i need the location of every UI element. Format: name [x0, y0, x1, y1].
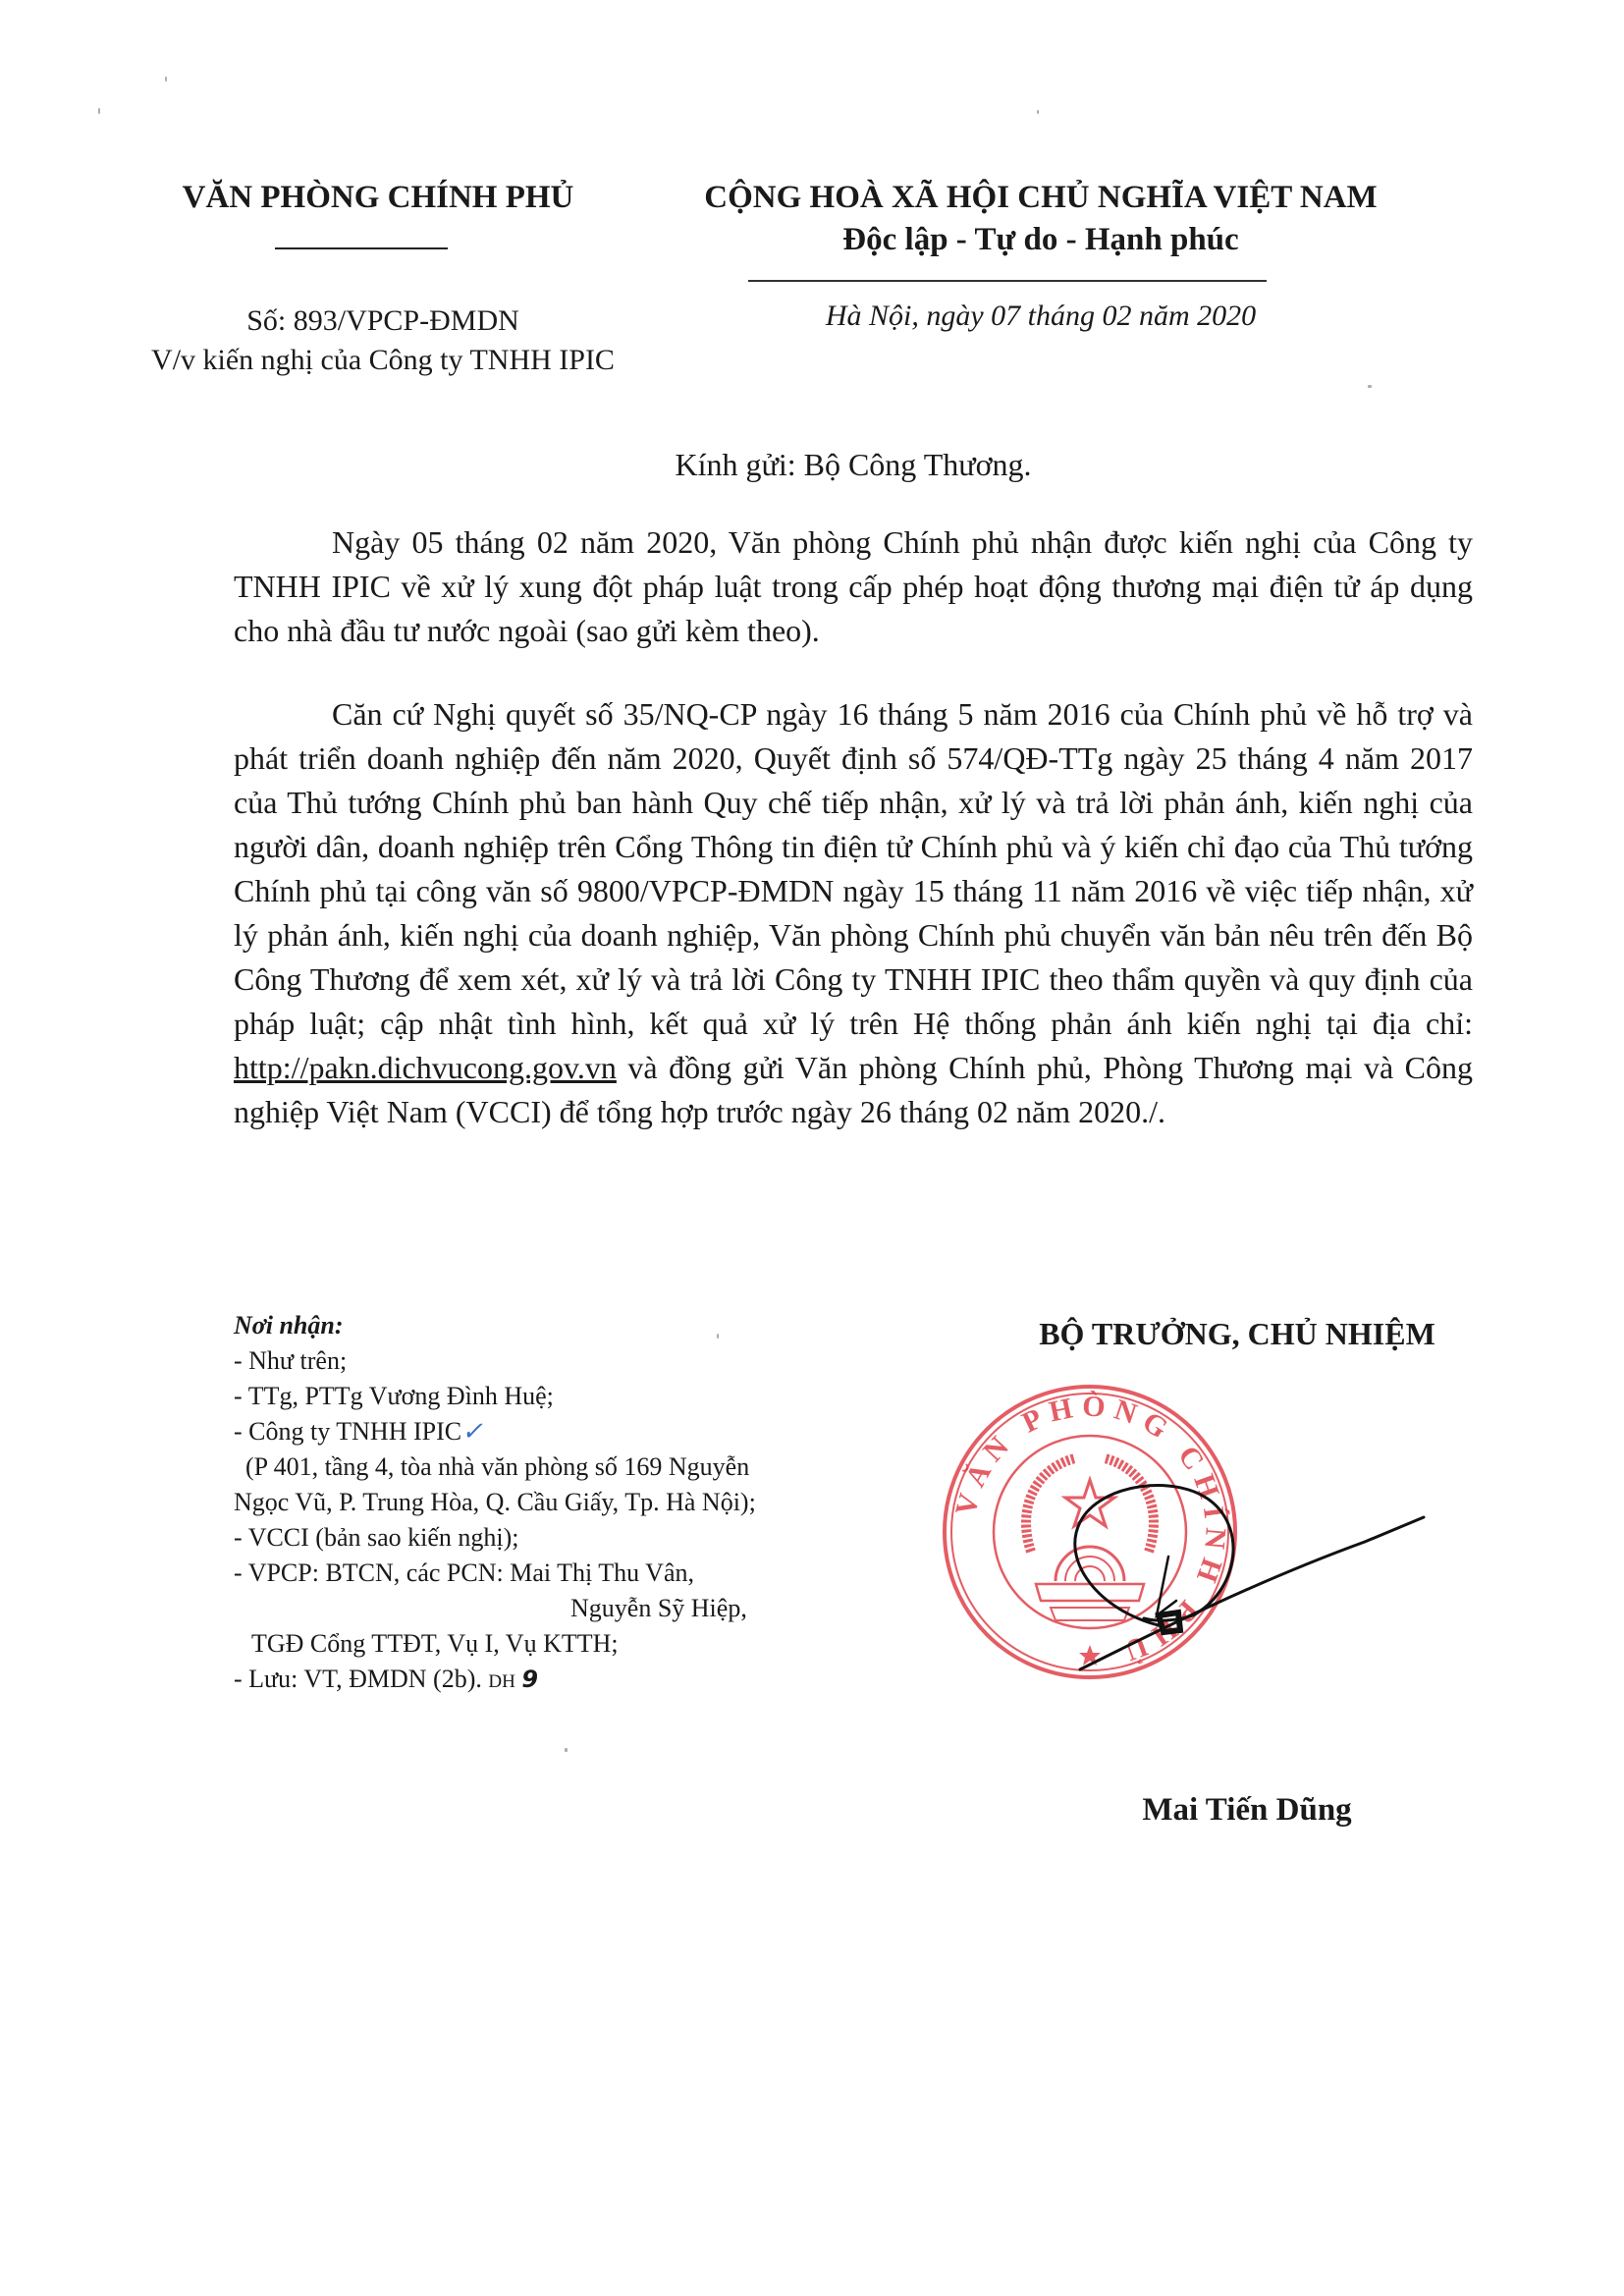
recipient-line: - VPCP: BTCN, các PCN: Mai Thị Thu Vân, [234, 1556, 901, 1591]
issuer-name: VĂN PHÒNG CHÍNH PHỦ [157, 180, 599, 216]
addressee: Kính gửi: Bộ Công Thương. [234, 447, 1473, 483]
pen-check-icon: ✓ [461, 1417, 483, 1446]
handwritten-signature-icon [1041, 1444, 1434, 1679]
scan-speck [165, 77, 167, 82]
recipient-line-text: - Công ty TNHH IPIC [234, 1417, 461, 1446]
recipient-line: - Lưu: VT, ĐMDN (2b). DH 9 [234, 1662, 901, 1700]
scan-speck [565, 1748, 568, 1752]
country-title: CỘNG HOÀ XÃ HỘI CHỦ NGHĨA VIỆT NAM [648, 180, 1434, 216]
recipient-line: - Như trên; [234, 1343, 901, 1379]
recipients-block: Nơi nhận: - Như trên; - TTg, PTTg Vương … [234, 1308, 901, 1700]
handwritten-count: 9 [521, 1666, 538, 1693]
scan-speck [1368, 385, 1372, 388]
recipient-line: (P 401, tầng 4, tòa nhà văn phòng số 169… [234, 1449, 901, 1485]
paragraph-2: Căn cứ Nghị quyết số 35/NQ-CP ngày 16 th… [234, 692, 1473, 1134]
motto-underline [748, 280, 1267, 282]
pakn-link[interactable]: http://pakn.dichvucong.gov.vn [234, 1050, 617, 1085]
recipient-line: - TTg, PTTg Vương Đình Huệ; [234, 1379, 901, 1414]
recipient-line: Nguyễn Sỹ Hiệp, [234, 1591, 901, 1626]
paragraph-2-text: Căn cứ Nghị quyết số 35/NQ-CP ngày 16 th… [234, 696, 1473, 1041]
issuer-underline [275, 247, 448, 249]
signer-name: Mai Tiến Dũng [992, 1792, 1502, 1829]
letter-body: Ngày 05 tháng 02 năm 2020, Văn phòng Chí… [234, 520, 1473, 1134]
recipients-title: Nơi nhận: [234, 1308, 901, 1343]
scan-speck [98, 108, 100, 114]
recipient-line-text: - Lưu: VT, ĐMDN (2b). [234, 1665, 482, 1693]
handwritten-initials: DH [488, 1671, 514, 1692]
recipient-line: - VCCI (bản sao kiến nghị); [234, 1520, 901, 1556]
scan-speck [1037, 110, 1039, 114]
paragraph-1: Ngày 05 tháng 02 năm 2020, Văn phòng Chí… [234, 520, 1473, 653]
document-number: Số: 893/VPCP-ĐMDN [118, 304, 648, 338]
recipient-line: TGĐ Cổng TTĐT, Vụ I, Vụ KTTH; [234, 1626, 901, 1662]
place-and-date: Hà Nội, ngày 07 tháng 02 năm 2020 [648, 300, 1434, 333]
national-motto: Độc lập - Tự do - Hạnh phúc [648, 222, 1434, 258]
recipient-line: Ngọc Vũ, P. Trung Hòa, Q. Cầu Giấy, Tp. … [234, 1485, 901, 1520]
recipient-line: - Công ty TNHH IPIC✓ [234, 1414, 901, 1449]
signer-position: BỘ TRƯỞNG, CHỦ NHIỆM [972, 1316, 1502, 1352]
document-subject: V/v kiến nghị của Công ty TNHH IPIC [108, 344, 658, 377]
scan-speck [717, 1334, 719, 1339]
